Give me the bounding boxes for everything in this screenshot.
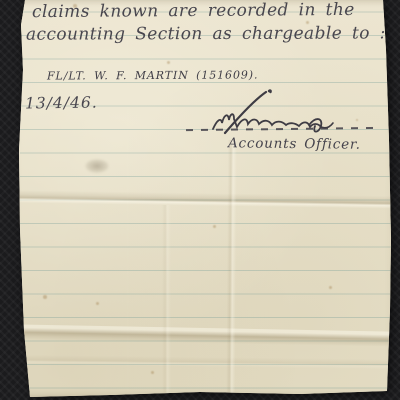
- date-line: 13/4/46.: [25, 93, 98, 112]
- paper-shadow-wrapper: claims known are recorded in the account…: [0, 0, 400, 400]
- document-paper: claims known are recorded in the account…: [0, 0, 400, 400]
- foxing-spot: [151, 371, 154, 374]
- foxing-spot: [96, 302, 99, 305]
- signature-caption: Accounts Officer.: [228, 135, 361, 152]
- handwritten-line-1: claims known are recorded in the: [32, 0, 355, 22]
- foxing-spot: [213, 225, 216, 228]
- photo-background: claims known are recorded in the account…: [0, 0, 400, 400]
- foxing-spot: [356, 119, 358, 121]
- ruled-lines: [20, 0, 391, 397]
- officer-name-line: FL/LT. W. F. MARTIN (151609).: [47, 68, 258, 82]
- foxing-spot: [43, 295, 47, 299]
- handwritten-line-2: accounting Section as chargeable to :—: [26, 23, 400, 44]
- smudge-stain: [85, 159, 109, 173]
- foxing-spot: [167, 61, 170, 64]
- foxing-spot: [329, 286, 332, 289]
- signature-scrawl: [209, 85, 337, 137]
